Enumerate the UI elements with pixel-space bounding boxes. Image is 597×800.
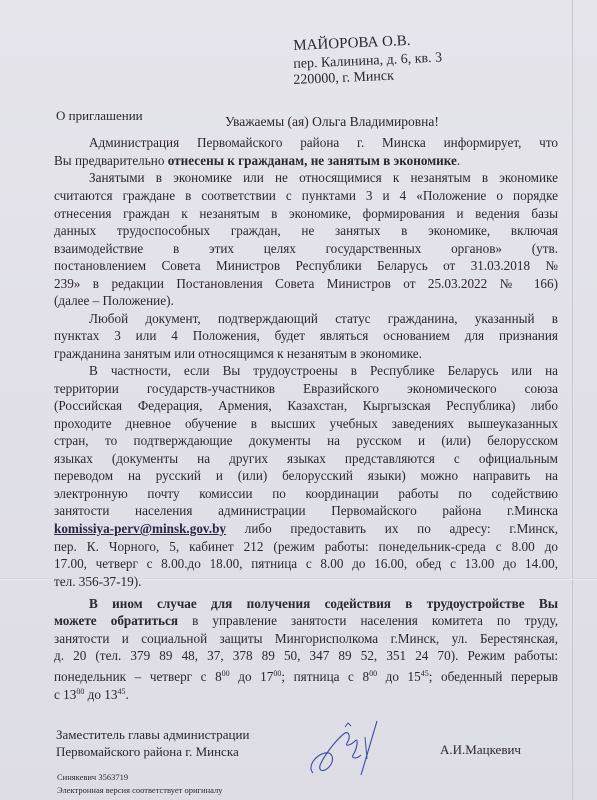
body-line: пунктах 3 или 4 Положения, будет являтьс… <box>54 327 558 344</box>
body-line: электронную почту комиссии по координаци… <box>54 485 558 502</box>
body-line: с 1300 до 1345. <box>54 683 558 703</box>
body-line: считаются граждане в соответствии с пунк… <box>54 187 558 204</box>
signer-name: А.И.Мацкевич <box>440 742 521 758</box>
body-line: можете обратиться в управление занятости… <box>54 612 558 629</box>
body-line: проходите дневное обучение в высших учеб… <box>54 415 558 432</box>
body-line: д. 20 (тел. 379 89 48, 37, 378 89 50, 34… <box>54 647 558 664</box>
body-line: данных трудоспособных граждан, не заняты… <box>54 222 558 239</box>
body-line: постановлением Совета Министров Республи… <box>54 257 558 274</box>
signatory-district: Первомайского района г. Минска <box>56 744 239 760</box>
handwritten-signature <box>305 715 395 785</box>
body-line: (далее – Положение). <box>54 292 558 309</box>
body-line: взаимодействие в этих целях государствен… <box>54 240 558 257</box>
body-line: Занятыми в экономике или не относящимися… <box>54 169 558 186</box>
body-line: отнесения граждан к незанятым в экономик… <box>54 205 558 222</box>
body-line: Вы предварительно отнесены к гражданам, … <box>54 152 558 169</box>
signatory-title: Заместитель главы администрации <box>56 727 249 743</box>
body-line: 17.00, четверг с 8.00.до 18.00, пятница … <box>54 555 558 572</box>
body-line: языках (документы на других языках предс… <box>54 450 558 467</box>
letter-greeting: Уважаемы (ая) Ольга Владимировна! <box>225 114 439 130</box>
body-line: территории государств-участников Евразий… <box>54 380 558 397</box>
body-line: komissiya-perv@minsk.gov.by либо предост… <box>54 520 558 537</box>
body-line: занятости и социальной защиты Мингориспо… <box>54 630 558 647</box>
body-line: (Российская Федерация, Армения, Казахста… <box>54 397 558 414</box>
body-line: 239» в редакции Постановления Совета Мин… <box>54 275 558 292</box>
body-line: гражданина занятым или относящимся к нез… <box>54 345 558 362</box>
body-line: В частности, если Вы трудоустроены в Рес… <box>54 362 558 379</box>
body-line: переводом на русский и (или) белорусский… <box>54 467 558 484</box>
commission-email-link[interactable]: komissiya-perv@minsk.gov.by <box>54 521 226 536</box>
paper-fold-vertical <box>572 0 573 800</box>
electronic-version-note: Электронная версия соответствует оригина… <box>57 784 222 796</box>
executor-contact: Синякевич 3563719 <box>57 771 128 783</box>
body-line: занятости населения администрации Первом… <box>54 502 558 519</box>
body-line: пер. К. Чорного, 5, кабинет 212 (режим р… <box>54 538 558 555</box>
letter-subject: О приглашении <box>56 108 143 124</box>
body-line: стран, то подтверждающие документы на ру… <box>54 432 558 449</box>
body-line: понедельник – четверг с 800 до 1700; пят… <box>54 665 558 685</box>
body-line: Администрация Первомайского района г. Ми… <box>54 134 558 151</box>
emphasis-status: отнесены к гражданам, не занятым в эконо… <box>168 153 457 168</box>
body-line: В ином случае для получения содействия в… <box>54 595 558 612</box>
body-line: тел. 356-37-19). <box>54 573 558 590</box>
body-line: Любой документ, подтверждающий статус гр… <box>54 310 558 327</box>
